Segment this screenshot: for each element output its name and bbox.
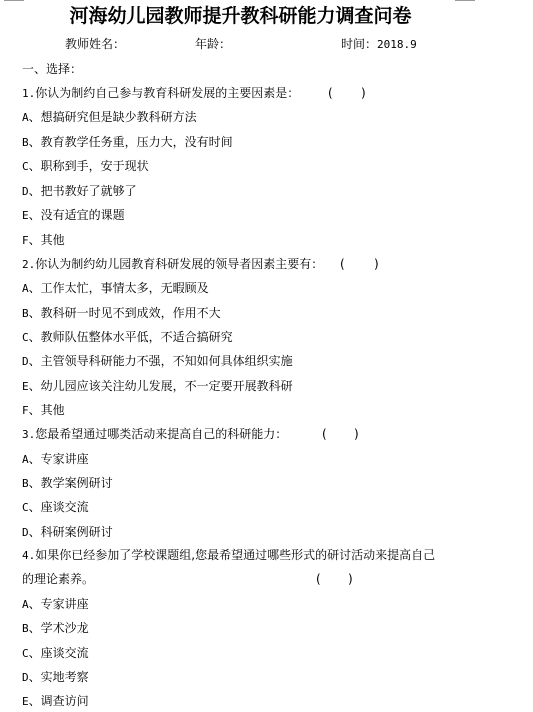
option-letter: D — [22, 185, 29, 198]
option-1b: B、教育教学任务重，压力大，没有时间 — [22, 134, 233, 151]
page-corner-mark-left — [4, 0, 24, 1]
answer-paren-close: ) — [374, 256, 379, 272]
option-letter: C — [22, 331, 29, 344]
option-text: 、把书教好了就够了 — [29, 184, 137, 198]
option-letter: F — [22, 234, 29, 247]
option-letter: C — [22, 647, 29, 660]
option-1d: D、把书教好了就够了 — [22, 183, 137, 200]
option-text: 、职称到手，安于现状 — [29, 159, 149, 173]
option-text: 、座谈交流 — [29, 500, 89, 514]
answer-paren-close: ) — [361, 85, 366, 101]
option-text: 、幼儿园应该关注幼儿发展，不一定要开展教科研 — [29, 379, 293, 393]
option-4d: D、实地考察 — [22, 669, 89, 686]
option-text: 、想搞研究但是缺少教科研方法 — [29, 110, 197, 124]
option-letter: D — [22, 671, 29, 684]
question-1: 1.你认为制约自己参与教育科研发展的主要因素是： — [22, 85, 299, 102]
option-text: 、主管领导科研能力不强，不知如何具体组织实施 — [29, 354, 293, 368]
option-1c: C、职称到手，安于现状 — [22, 158, 149, 175]
option-letter: D — [22, 526, 29, 539]
question-number: 1. — [22, 87, 35, 100]
option-text: 、实地考察 — [29, 670, 89, 684]
option-letter: B — [22, 622, 29, 635]
option-letter: B — [22, 477, 29, 490]
question-text: 你认为制约幼儿园教育科研发展的领导者因素主要有： — [35, 257, 323, 271]
option-3b: B、教学案例研讨 — [22, 475, 113, 492]
option-letter: A — [22, 453, 29, 466]
option-2e: E、幼儿园应该关注幼儿发展，不一定要开展教科研 — [22, 378, 293, 395]
option-4a: A、专家讲座 — [22, 596, 89, 613]
document-title: 河海幼儿园教师提升教科研能力调查问卷 — [0, 4, 481, 28]
option-text: 、没有适宜的课题 — [29, 208, 125, 222]
time-field: 时间：2018.9 — [341, 36, 417, 53]
section-title: 一、选择： — [22, 61, 82, 77]
answer-paren-close: ) — [354, 426, 359, 442]
option-2c: C、教师队伍整体水平低，不适合搞研究 — [22, 329, 233, 346]
option-4e: E、调查访问 — [22, 693, 89, 710]
option-letter: C — [22, 501, 29, 514]
option-text: 、工作太忙，事情太多，无暇顾及 — [29, 281, 209, 295]
answer-paren-open: ( — [316, 571, 321, 587]
option-letter: A — [22, 598, 29, 611]
option-text: 、教学案例研讨 — [29, 476, 113, 490]
option-text: 、教师队伍整体水平低，不适合搞研究 — [29, 330, 233, 344]
option-text: 、教科研一时见不到成效，作用不大 — [29, 306, 221, 320]
question-4-continued: 的理论素养。 — [22, 571, 94, 587]
question-4: 4.如果你已经参加了学校课题组,您最希望通过哪些形式的研讨活动来提高自己 — [22, 547, 435, 564]
option-letter: E — [22, 209, 29, 222]
option-2a: A、工作太忙，事情太多，无暇顾及 — [22, 280, 209, 297]
option-text: 、科研案例研讨 — [29, 525, 113, 539]
option-text: 、学术沙龙 — [29, 621, 89, 635]
age-label: 年龄： — [195, 36, 231, 52]
option-letter: B — [22, 136, 29, 149]
time-label: 时间： — [341, 37, 377, 51]
question-text: 您最希望通过哪类活动来提高自己的科研能力： — [35, 427, 287, 441]
question-number: 3. — [22, 428, 35, 441]
option-2d: D、主管领导科研能力不强，不知如何具体组织实施 — [22, 353, 293, 370]
answer-paren-close: ) — [348, 571, 353, 587]
option-text: 、座谈交流 — [29, 646, 89, 660]
option-letter: A — [22, 282, 29, 295]
answer-paren-open: ( — [322, 426, 327, 442]
option-2b: B、教科研一时见不到成效，作用不大 — [22, 305, 221, 322]
option-1f: F、其他 — [22, 232, 65, 249]
option-letter: F — [22, 404, 29, 417]
time-value: 2018.9 — [377, 38, 417, 51]
question-3: 3.您最希望通过哪类活动来提高自己的科研能力： — [22, 426, 287, 443]
option-4b: B、学术沙龙 — [22, 620, 89, 637]
question-2: 2.你认为制约幼儿园教育科研发展的领导者因素主要有： — [22, 256, 323, 273]
option-text: 、专家讲座 — [29, 597, 89, 611]
answer-paren-open: ( — [328, 85, 333, 101]
question-text: 你认为制约自己参与教育科研发展的主要因素是： — [35, 86, 299, 100]
option-text: 、教育教学任务重，压力大，没有时间 — [29, 135, 233, 149]
option-letter: A — [22, 111, 29, 124]
option-2f: F、其他 — [22, 402, 65, 419]
option-text: 、专家讲座 — [29, 452, 89, 466]
option-3d: D、科研案例研讨 — [22, 524, 113, 541]
option-letter: E — [22, 695, 29, 708]
option-letter: B — [22, 307, 29, 320]
option-1e: E、没有适宜的课题 — [22, 207, 125, 224]
question-number: 4. — [22, 549, 35, 562]
option-letter: C — [22, 160, 29, 173]
option-3c: C、座谈交流 — [22, 499, 89, 516]
option-text: 、其他 — [29, 403, 65, 417]
option-letter: D — [22, 355, 29, 368]
option-3a: A、专家讲座 — [22, 451, 89, 468]
option-text: 、调查访问 — [29, 694, 89, 708]
question-number: 2. — [22, 258, 35, 271]
option-text: 、其他 — [29, 233, 65, 247]
page-corner-mark-right — [455, 0, 475, 1]
option-4c: C、座谈交流 — [22, 645, 89, 662]
option-1a: A、想搞研究但是缺少教科研方法 — [22, 109, 197, 126]
teacher-name-label: 教师姓名： — [65, 36, 125, 52]
question-text: 如果你已经参加了学校课题组,您最希望通过哪些形式的研讨活动来提高自己 — [35, 548, 435, 562]
option-letter: E — [22, 380, 29, 393]
answer-paren-open: ( — [340, 256, 345, 272]
